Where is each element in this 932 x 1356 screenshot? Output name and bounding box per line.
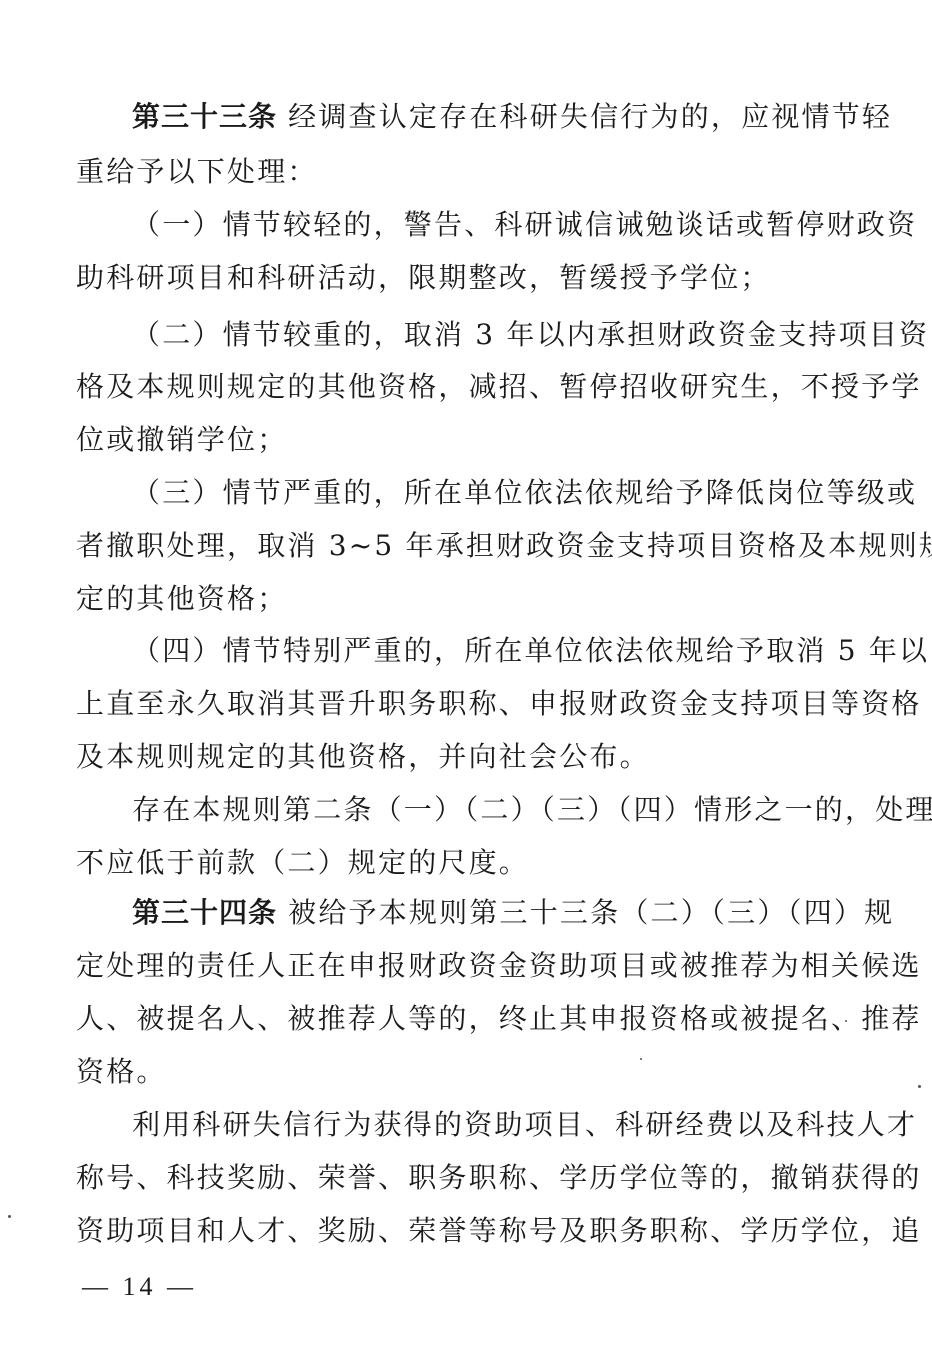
article-34-line-1: 第三十四条 被给予本规则第三十三条（二）（三）（四）规	[132, 896, 856, 930]
item-4-line-1: （四）情节特别严重的，所在单位依法依规给予取消 5 年以	[132, 634, 856, 668]
item-3-line-3: 定的其他资格；	[76, 582, 856, 616]
item-2-line-3: 位或撤销学位；	[76, 423, 856, 457]
item-4-line-3: 及本规则规定的其他资格，并向社会公布。	[76, 740, 856, 774]
article-34-heading: 第三十四条	[132, 896, 277, 929]
article-34-extra-line-2: 称号、科技奖励、荣誉、职务职称、学历学位等的，撤销获得的	[76, 1161, 856, 1195]
article-33-extra-line-1: 存在本规则第二条（一）（二）（三）（四）情形之一的，处理	[132, 793, 856, 827]
item-2-line-1: （二）情节较重的，取消 3 年以内承担财政资金支持项目资	[132, 318, 856, 352]
article-33-line-2: 重给予以下处理：	[76, 155, 856, 189]
article-34-extra-line-1: 利用科研失信行为获得的资助项目、科研经费以及科技人才	[132, 1108, 856, 1142]
document-page: 第三十三条 经调查认定存在科研失信行为的，应视情节轻 重给予以下处理： （一）情…	[0, 0, 932, 1356]
article-33-heading: 第三十三条	[132, 100, 277, 133]
article-33-extra-line-2: 不应低于前款（二）规定的尺度。	[76, 846, 856, 880]
scan-speck	[918, 1085, 921, 1088]
scan-speck	[845, 1020, 847, 1022]
article-33-line-1: 第三十三条 经调查认定存在科研失信行为的，应视情节轻	[132, 100, 856, 134]
article-34-line-3: 人、被提名人、被推荐人等的，终止其申报资格或被提名、推荐	[76, 1002, 856, 1036]
article-34-line-4: 资格。	[76, 1055, 856, 1089]
item-3-line-2: 者撤职处理，取消 3~5 年承担财政资金支持项目资格及本规则规	[76, 529, 856, 563]
item-2-line-2: 格及本规则规定的其他资格，减招、暂停招收研究生，不授予学	[76, 370, 856, 404]
item-1-line-2: 助科研项目和科研活动，限期整改，暂缓授予学位；	[76, 261, 856, 295]
scan-speck	[640, 1058, 642, 1060]
page-number: — 14 —	[82, 1272, 197, 1302]
scan-speck	[8, 1215, 11, 1218]
article-34-line-2: 定处理的责任人正在申报财政资金资助项目或被推荐为相关候选	[76, 949, 856, 983]
item-1-line-1: （一）情节较轻的，警告、科研诚信诫勉谈话或暂停财政资	[132, 208, 856, 242]
article-34-extra-line-3: 资助项目和人才、奖励、荣誉等称号及职务职称、学历学位，追	[76, 1214, 856, 1248]
item-3-line-1: （三）情节严重的，所在单位依法依规给予降低岗位等级或	[132, 476, 856, 510]
item-4-line-2: 上直至永久取消其晋升职务职称、申报财政资金支持项目等资格	[76, 687, 856, 721]
